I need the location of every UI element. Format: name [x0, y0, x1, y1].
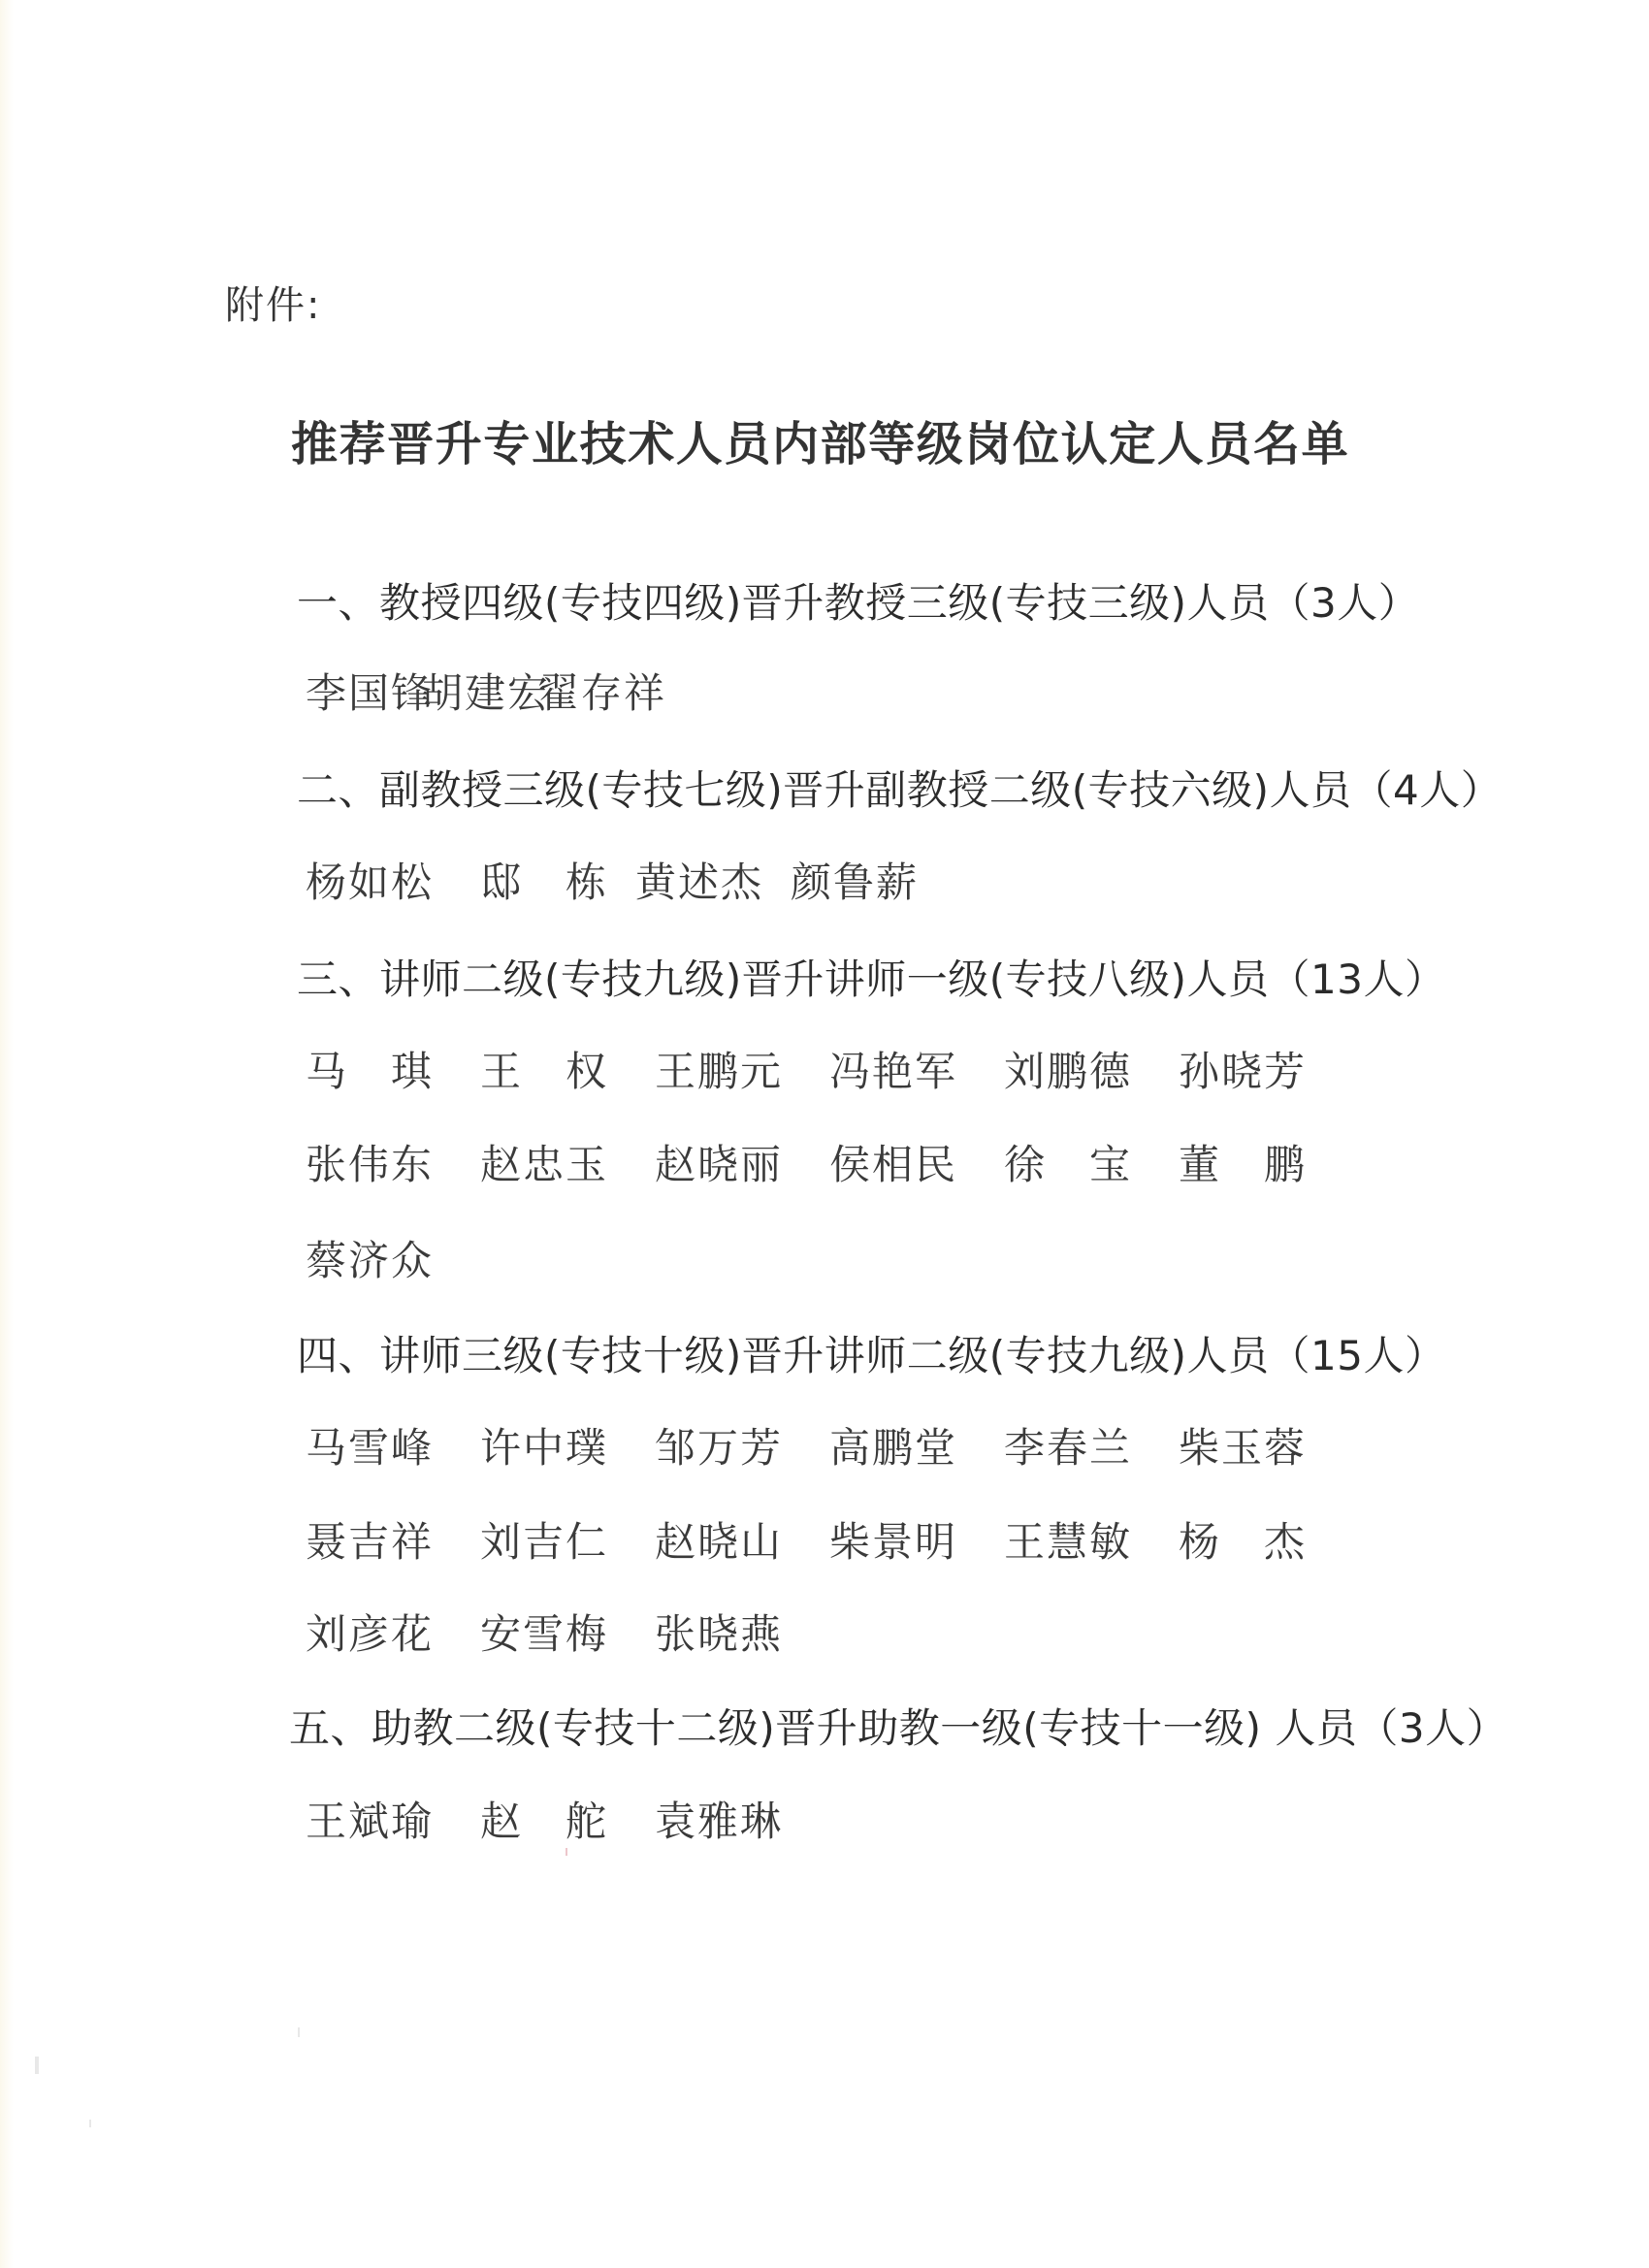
- names-row-4-2: 聂吉祥 刘吉仁 赵晓山 柴景明 王慧敏 杨 杰: [306, 1517, 1353, 1568]
- names-row-4-1: 马雪峰 许中璞 邹万芳 高鹏堂 李春兰 柴玉蓉: [306, 1423, 1353, 1474]
- scan-speck: [566, 1848, 567, 1856]
- person-name: 赵忠玉: [480, 1140, 655, 1190]
- scan-speck: [35, 2057, 39, 2074]
- document-title: 推荐晋升专业技术人员内部等级岗位认定人员名单: [291, 415, 1368, 473]
- person-name: 马雪峰: [306, 1423, 480, 1474]
- person-name: 张伟东: [306, 1140, 480, 1190]
- person-name: 邹万芳: [655, 1423, 829, 1474]
- person-name: 颜鲁薪: [791, 858, 965, 908]
- person-name: 高鹏堂: [829, 1423, 1004, 1474]
- person-name: 杨 杰: [1179, 1517, 1353, 1568]
- names-row-5-1: 王斌瑜 赵 舵 袁雅琳: [306, 1797, 829, 1847]
- section-heading-4: 四、讲师三级(专技十级)晋升讲师二级(专技九级)人员（15人）: [297, 1331, 1446, 1381]
- person-name: 柴玉蓉: [1179, 1423, 1353, 1474]
- person-name: 安雪梅: [480, 1609, 655, 1660]
- person-name: 柴景明: [829, 1517, 1004, 1568]
- names-row-4-3: 刘彦花 安雪梅 张晓燕: [306, 1609, 829, 1660]
- person-name: 胡建宏: [422, 668, 538, 719]
- person-name: 王慧敏: [1004, 1517, 1179, 1568]
- person-name: 李国锋: [306, 668, 422, 719]
- scan-speck: [298, 2027, 300, 2037]
- names-row-3-3: 蔡济众: [306, 1236, 480, 1286]
- names-row-3-1: 马 琪 王 权 王鹏元 冯艳军 刘鹏德 孙晓芳: [306, 1047, 1353, 1097]
- person-name: 王斌瑜: [306, 1797, 480, 1847]
- person-name: 翟存祥: [538, 668, 655, 719]
- person-name: 赵 舵: [480, 1797, 655, 1847]
- person-name: 王 权: [480, 1047, 655, 1097]
- person-name: 许中璞: [480, 1423, 655, 1474]
- names-row-3-2: 张伟东 赵忠玉 赵晓丽 侯相民 徐 宝 董 鹏: [306, 1140, 1353, 1190]
- person-name: 马 琪: [306, 1047, 480, 1097]
- person-name: 聂吉祥: [306, 1517, 480, 1568]
- section-heading-1: 一、教授四级(专技四级)晋升教授三级(专技三级)人员（3人）: [297, 578, 1419, 629]
- person-name: 赵晓山: [655, 1517, 829, 1568]
- person-name: 袁雅琳: [655, 1797, 829, 1847]
- person-name: 董 鹏: [1179, 1140, 1353, 1190]
- person-name: 蔡济众: [306, 1236, 480, 1286]
- section-heading-5: 五、助教二级(专技十二级)晋升助教一级(专技十一级) 人员（3人）: [289, 1703, 1507, 1754]
- person-name: 张晓燕: [655, 1609, 829, 1660]
- scan-speck: [89, 2120, 91, 2127]
- names-row-1-1: 李国锋 胡建宏 翟存祥: [306, 668, 655, 719]
- person-name: 杨如松: [306, 858, 480, 908]
- person-name: 黄述杰: [635, 858, 791, 908]
- person-name: 侯相民: [829, 1140, 1004, 1190]
- person-name: 孙晓芳: [1179, 1047, 1353, 1097]
- person-name: 刘鹏德: [1004, 1047, 1179, 1097]
- person-name: 赵晓丽: [655, 1140, 829, 1190]
- person-name: 冯艳军: [829, 1047, 1004, 1097]
- attachment-label: 附件:: [225, 281, 321, 330]
- person-name: 徐 宝: [1004, 1140, 1179, 1190]
- scan-page-edge: [0, 0, 14, 2268]
- names-row-2-1: 杨如松 邸 栋 黄述杰 颜鲁薪: [306, 858, 965, 908]
- section-heading-2: 二、副教授三级(专技七级)晋升副教授二级(专技六级)人员（4人）: [297, 765, 1502, 816]
- person-name: 邸 栋: [480, 858, 635, 908]
- person-name: 刘彦花: [306, 1609, 480, 1660]
- section-heading-3: 三、讲师二级(专技九级)晋升讲师一级(专技八级)人员（13人）: [297, 955, 1446, 1005]
- person-name: 王鹏元: [655, 1047, 829, 1097]
- person-name: 李春兰: [1004, 1423, 1179, 1474]
- person-name: 刘吉仁: [480, 1517, 655, 1568]
